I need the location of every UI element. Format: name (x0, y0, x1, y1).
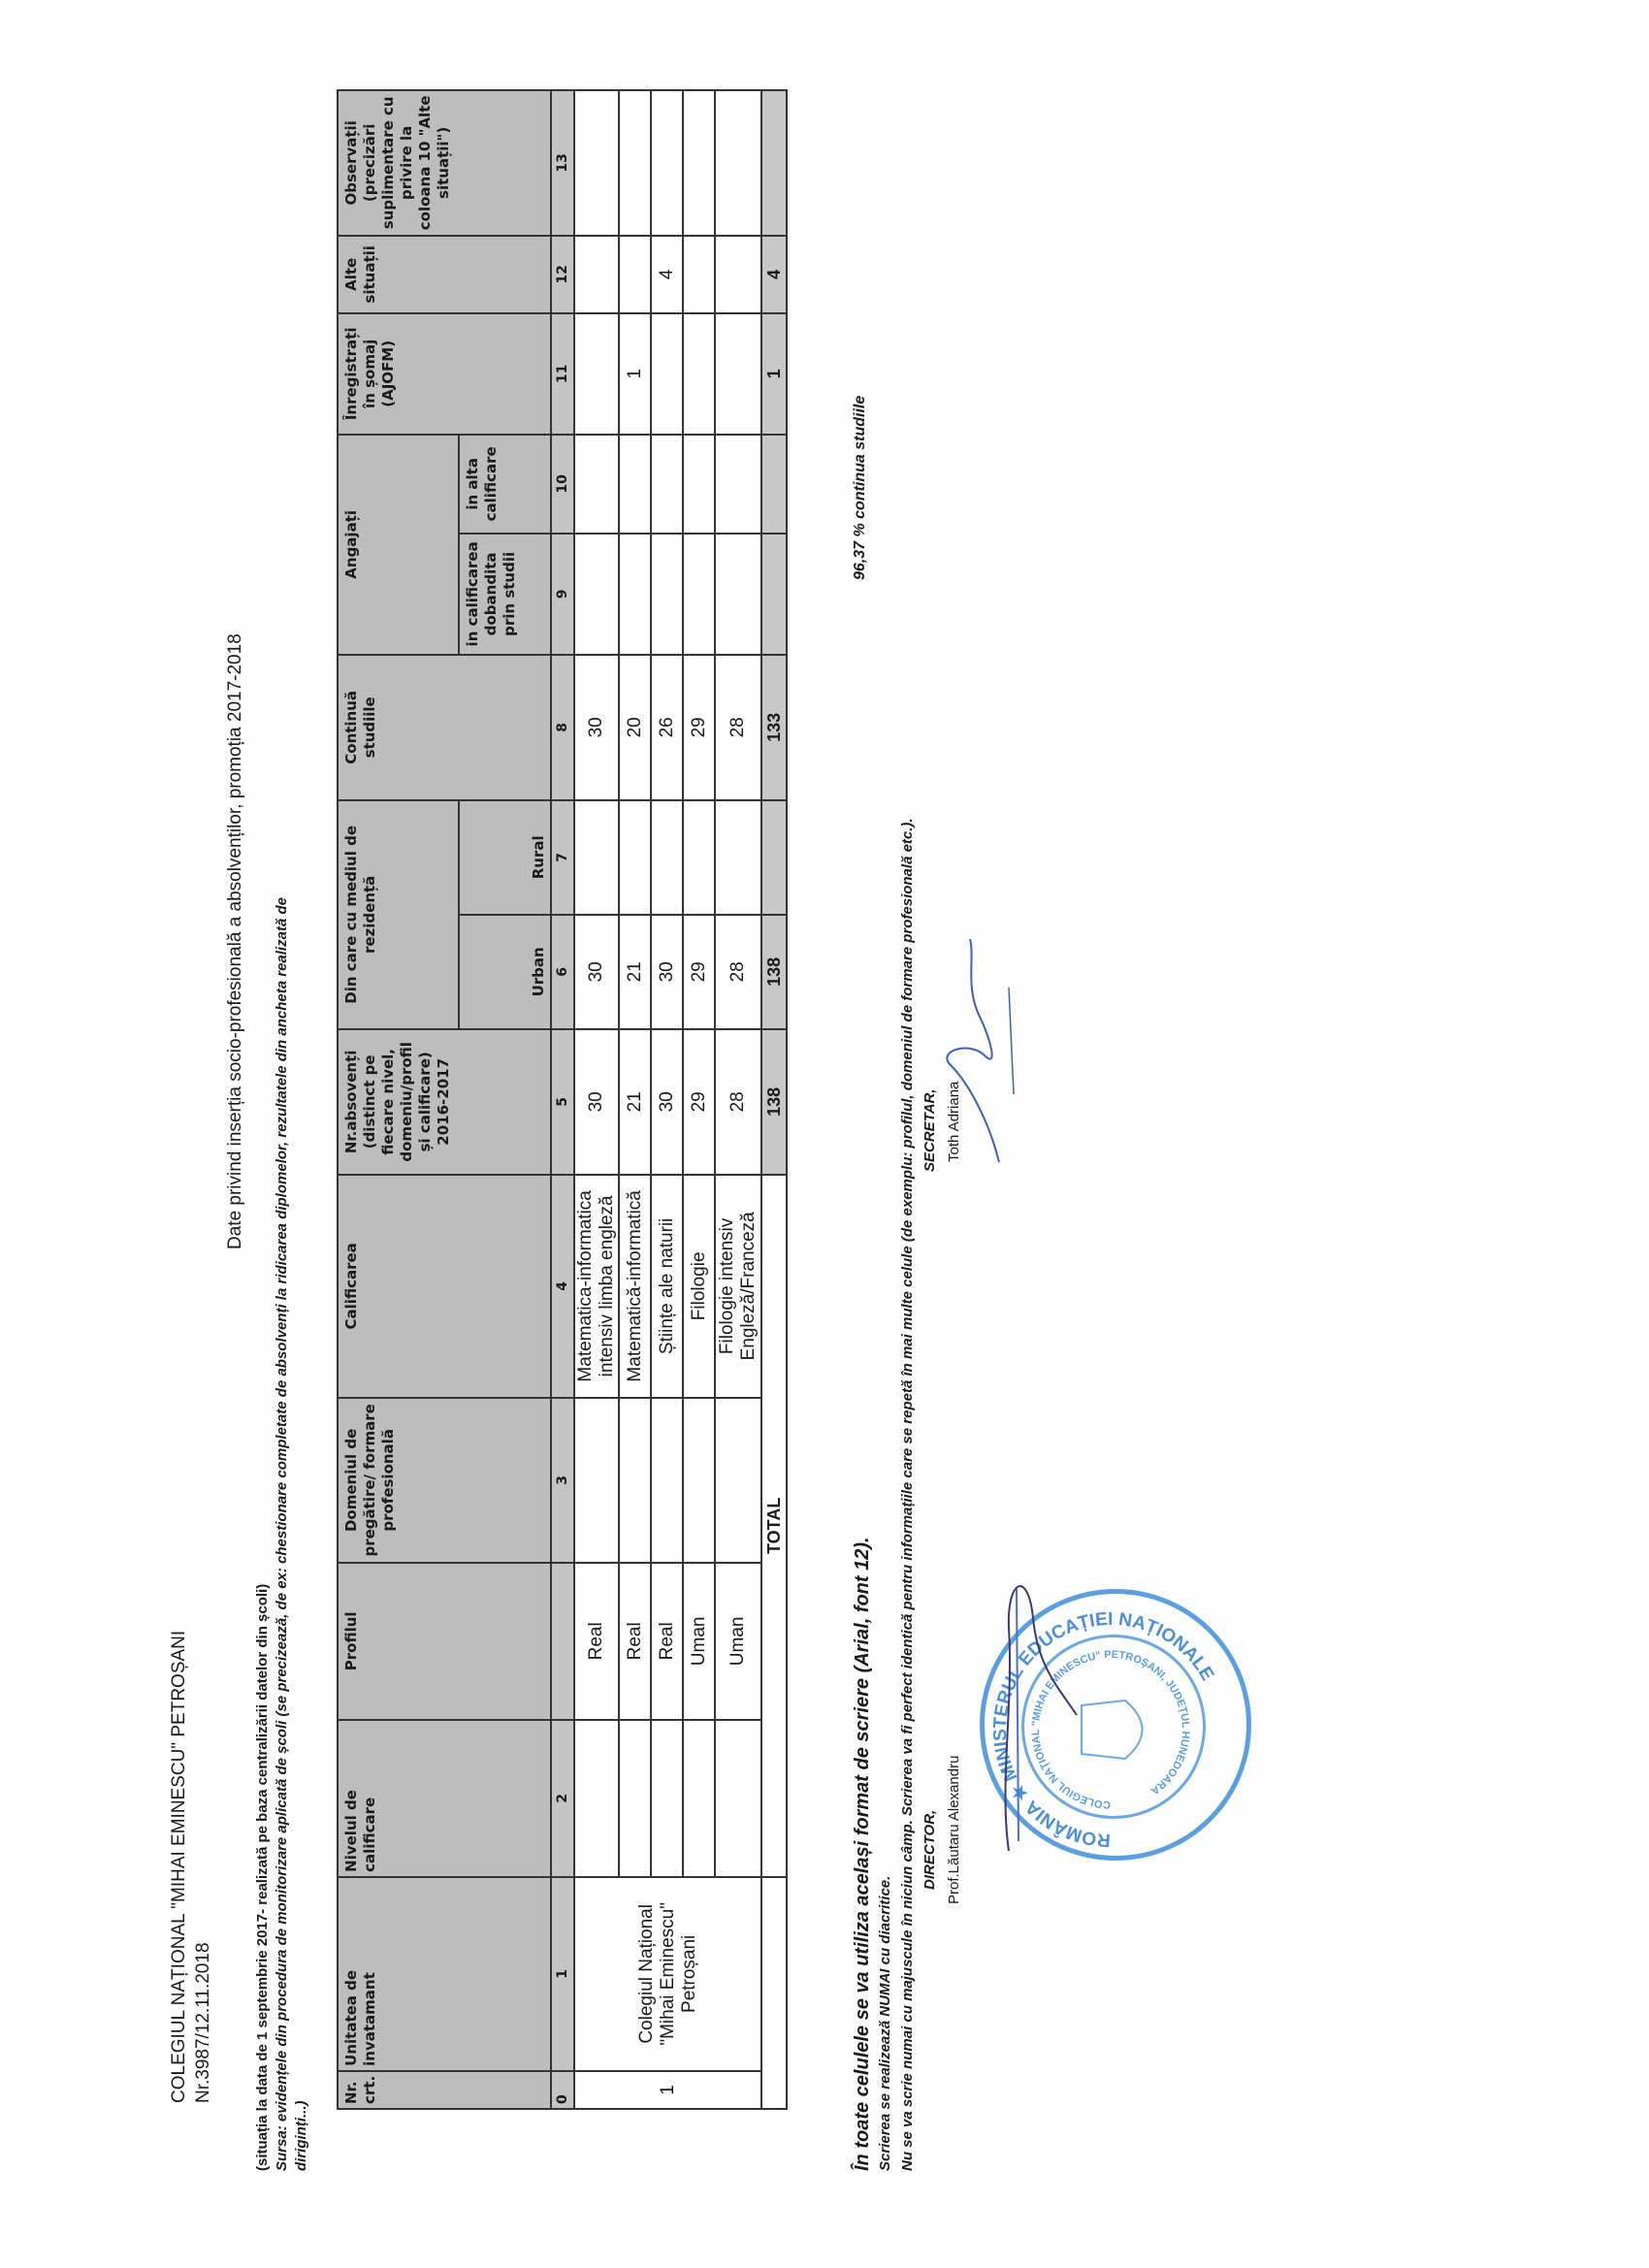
cell-ang-alta (574, 435, 619, 534)
source-note: Sursa: evidențele din procedura de monit… (274, 897, 290, 2171)
cell-obs (683, 90, 715, 236)
cell-continua: 26 (651, 655, 683, 800)
cell-ang-calif (683, 534, 715, 655)
footer-note-format: În toate celulele se va utiliza același … (852, 1537, 874, 2171)
cell-urban: 30 (574, 915, 619, 1029)
cell-alte (715, 236, 761, 313)
document-header: COLEGIUL NAȚIONAL "MIHAI EMINESCU" PETRO… (167, 1631, 215, 2103)
cell-profil: Uman (715, 1563, 761, 1720)
cell-domeniu (715, 1398, 761, 1563)
cell-rural (651, 800, 683, 915)
cell-absolventi: 28 (715, 1029, 761, 1175)
header-angajati-calificare: in calificarea dobandita prin studii (459, 534, 551, 655)
header-nr-crt: Nr. crt. (338, 2071, 551, 2109)
unit-name: Colegiul Național "Mihai Eminescu" Petro… (574, 1877, 761, 2071)
cell-ang-alta (683, 435, 715, 534)
col-index-13: 13 (551, 90, 574, 236)
cell-rural (574, 800, 619, 915)
cell-alte: 4 (651, 236, 683, 313)
cell-alte (619, 236, 651, 313)
cell-ang-calif (574, 534, 619, 655)
total-row: TOTAL 138 138 133 1 4 (761, 90, 787, 2109)
cell-continua: 28 (715, 655, 761, 800)
header-urban: Urban (459, 915, 551, 1029)
cell-domeniu (683, 1398, 715, 1563)
col-index-6: 6 (551, 915, 574, 1029)
cell-absolventi: 30 (651, 1029, 683, 1175)
cell-ang-calif (619, 534, 651, 655)
cell-domeniu (619, 1398, 651, 1563)
total-ang-calif (761, 534, 787, 655)
cell-calificare: Matematică-informatică (619, 1175, 651, 1398)
header-angajati-alta: in alta calificare (459, 435, 551, 534)
cell-calificare: Filologie intensiv Engleză/Franceză (715, 1175, 761, 1398)
col-index-9: 9 (551, 534, 574, 655)
cell-calificare: Științe ale naturii (651, 1175, 683, 1398)
col-index-8: 8 (551, 655, 574, 800)
col-index-10: 10 (551, 435, 574, 534)
cell-urban: 30 (651, 915, 683, 1029)
cell-obs (651, 90, 683, 236)
table-row: 1 Colegiul Național "Mihai Eminescu" Pet… (574, 90, 619, 2109)
header-row: Nr. crt. Unitatea de invatamant Nivelul … (338, 90, 459, 2109)
header-observatii: Observații (precizări suplimentare cu pr… (338, 90, 551, 236)
header-continua-studiile: Continuă studiile (338, 655, 551, 800)
cell-urban: 28 (715, 915, 761, 1029)
cell-somaj: 1 (619, 313, 651, 435)
col-index-7: 7 (551, 800, 574, 915)
cell-absolventi: 29 (683, 1029, 715, 1175)
header-somaj: Înregistrați în șomaj (AJOFM) (338, 313, 551, 435)
cell-somaj (651, 313, 683, 435)
cell-obs (715, 90, 761, 236)
institution-name: COLEGIUL NAȚIONAL "MIHAI EMINESCU" PETRO… (167, 1631, 191, 2103)
table-row: Real Matematică-informatică 21 21 20 1 (619, 90, 651, 2109)
cell-urban: 29 (683, 915, 715, 1029)
header-unitatea: Unitatea de invatamant (338, 1877, 551, 2071)
registration-number: Nr.3987/12.11.2018 (191, 1631, 215, 2103)
col-index-3: 3 (551, 1398, 574, 1563)
cell-domeniu (574, 1398, 619, 1563)
cell-continua: 20 (619, 655, 651, 800)
col-index-12: 12 (551, 236, 574, 313)
cell-obs (619, 90, 651, 236)
total-alte: 4 (761, 236, 787, 313)
cell-somaj (574, 313, 619, 435)
cell-calificare: Matematica-informatica intensiv limba en… (574, 1175, 619, 1398)
col-index-4: 4 (551, 1175, 574, 1398)
cell-domeniu (651, 1398, 683, 1563)
col-index-2: 2 (551, 1720, 574, 1877)
total-urban: 138 (761, 915, 787, 1029)
cell-ang-alta (651, 435, 683, 534)
col-index-profil (551, 1563, 574, 1720)
cell-somaj (715, 313, 761, 435)
percent-continue-studies: 96,37 % continua studiile (852, 396, 869, 580)
cell-ang-calif (651, 534, 683, 655)
col-index-11: 11 (551, 313, 574, 435)
cell-rural (619, 800, 651, 915)
situation-note: (situația la data de 1 septembrie 2017- … (254, 1584, 271, 2171)
cell-rural (715, 800, 761, 915)
table-row: Real Științe ale naturii 30 30 26 4 (651, 90, 683, 2109)
cell-nivel (651, 1720, 683, 1877)
col-index-1: 1 (551, 1877, 574, 2071)
cell-nivel (715, 1720, 761, 1877)
col-index-0: 0 (551, 2071, 574, 2109)
header-profilul: Profilul (338, 1563, 551, 1720)
cell-profil: Uman (683, 1563, 715, 1720)
cell-profil: Real (574, 1563, 619, 1720)
cell-profil: Real (651, 1563, 683, 1720)
table-row: Uman Filologie 29 29 29 (683, 90, 715, 2109)
total-rural (761, 800, 787, 915)
header-rural: Rural (459, 800, 551, 915)
header-mediu-rezidenta: Din care cu mediul de rezidență (338, 800, 459, 1029)
cell-calificare: Filologie (683, 1175, 715, 1398)
table-row: Uman Filologie intensiv Engleză/Franceză… (715, 90, 761, 2109)
cell-absolventi: 21 (619, 1029, 651, 1175)
director-title: DIRECTOR, (921, 1810, 938, 1890)
header-angajati: Angajați (338, 435, 459, 655)
insertion-data-table: Nr. crt. Unitatea de invatamant Nivelul … (337, 89, 788, 2110)
total-somaj: 1 (761, 313, 787, 435)
cell-rural (683, 800, 715, 915)
total-ang-alta (761, 435, 787, 534)
header-calificarea: Calificarea (338, 1175, 551, 1398)
secretary-signature-icon (931, 929, 1018, 1182)
cell-urban: 21 (619, 915, 651, 1029)
header-nivelul: Nivelul de calificare (338, 1720, 551, 1877)
cell-nivel (683, 1720, 715, 1877)
footer-note-capitals: Nu se va scrie numai cu majuscule în nic… (899, 818, 916, 2171)
total-label: TOTAL (761, 1175, 787, 1877)
director-name: Prof.Lăutaru Alexandru (946, 1756, 962, 1904)
source-note-continuation: diriginți...) (293, 2101, 309, 2172)
cell-somaj (683, 313, 715, 435)
header-nr-absolventi: Nr.absovenți (distinct pe fiecare nivel,… (338, 1029, 551, 1175)
cell-obs (574, 90, 619, 236)
document-title: Date privind inserția socio-profesională… (225, 633, 246, 1249)
document-page: COLEGIUL NAȚIONAL "MIHAI EMINESCU" PETRO… (0, 0, 1649, 2268)
director-signature-icon (970, 1550, 1086, 1861)
column-index-row: 0 1 2 3 4 5 6 7 8 9 10 11 12 13 (551, 90, 574, 2109)
header-domeniul: Domeniul de pregătire/ formare profesion… (338, 1398, 551, 1563)
total-obs (761, 90, 787, 236)
cell-nivel (574, 1720, 619, 1877)
cell-alte (574, 236, 619, 313)
footer-note-diacritics: Scrierea se realizează NUMAI cu diacriti… (877, 1876, 893, 2171)
cell-continua: 30 (574, 655, 619, 800)
cell-nivel (619, 1720, 651, 1877)
cell-ang-calif (715, 534, 761, 655)
cell-absolventi: 30 (574, 1029, 619, 1175)
total-continua: 133 (761, 655, 787, 800)
total-blank (761, 1877, 787, 2109)
cell-ang-alta (619, 435, 651, 534)
col-index-5: 5 (551, 1029, 574, 1175)
header-alte-situatii: Alte situații (338, 236, 551, 313)
cell-ang-alta (715, 435, 761, 534)
total-absolventi: 138 (761, 1029, 787, 1175)
cell-profil: Real (619, 1563, 651, 1720)
cell-continua: 29 (683, 655, 715, 800)
cell-alte (683, 236, 715, 313)
unit-nr: 1 (574, 2071, 761, 2109)
